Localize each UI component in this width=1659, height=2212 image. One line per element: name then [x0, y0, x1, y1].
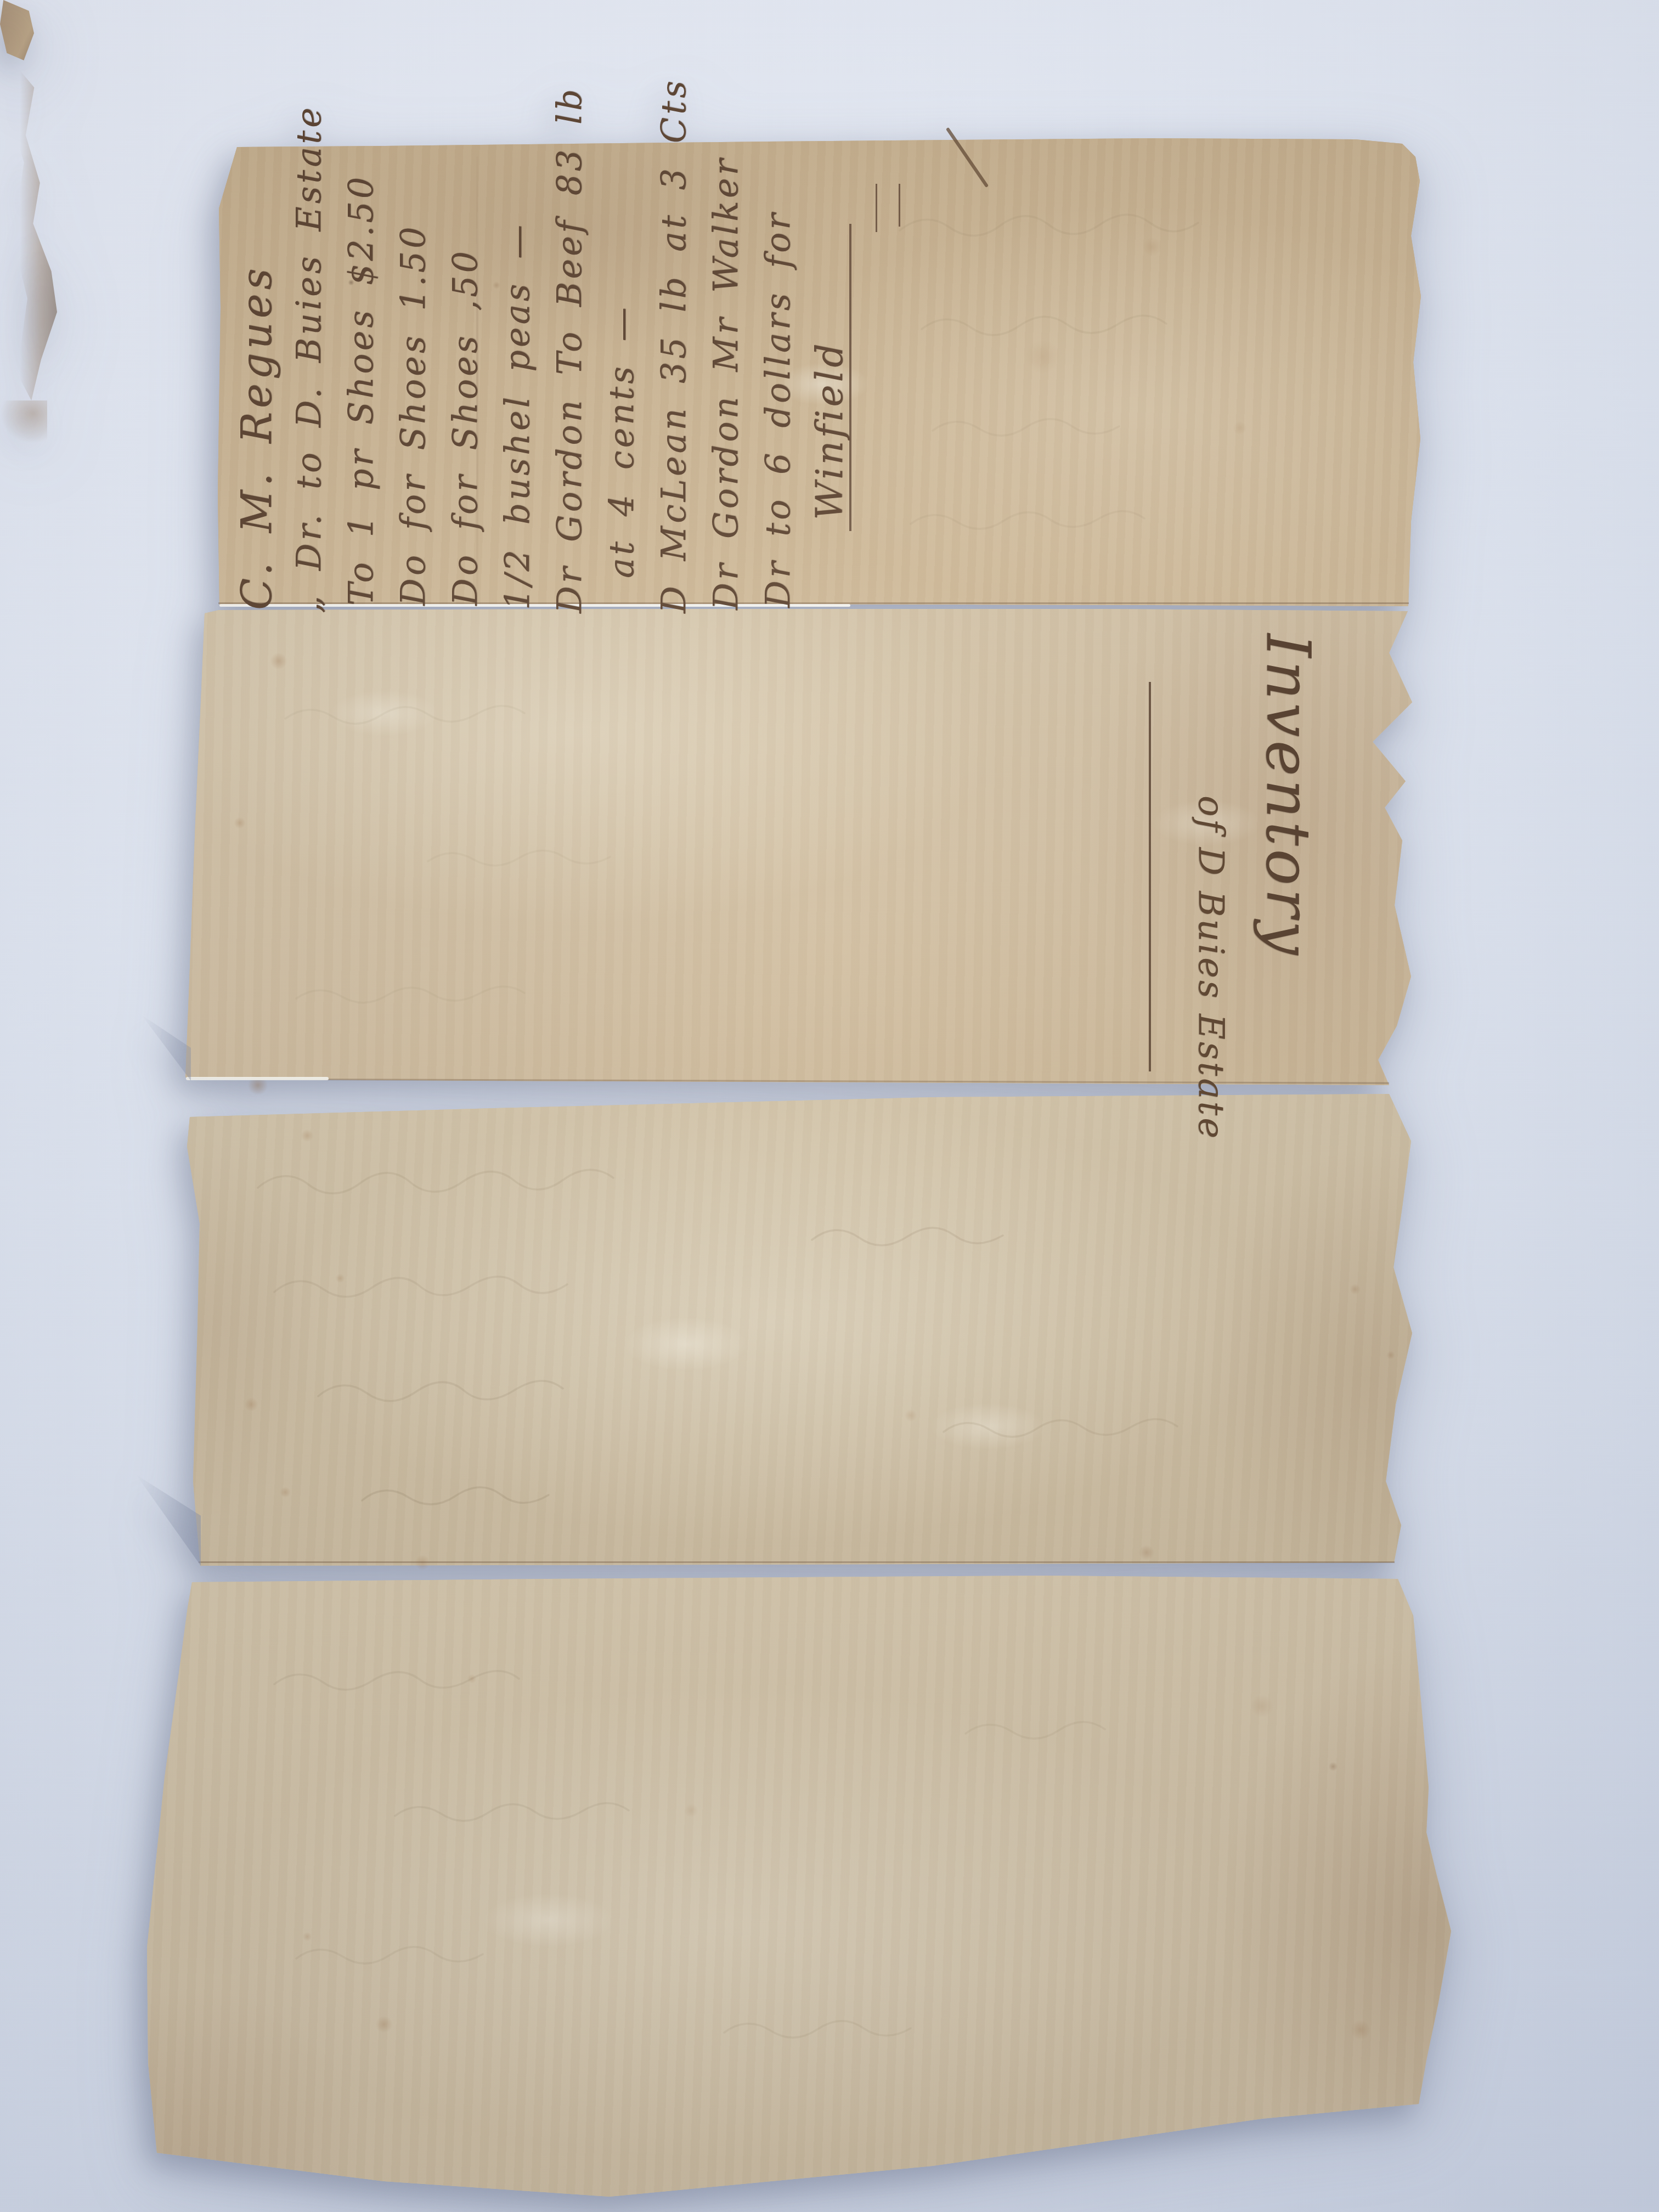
flourish-dash [876, 184, 877, 232]
torn-edge-shading [0, 60, 57, 400]
ledger-line: Do for Shoes 1.50 [387, 165, 439, 613]
ledger-line: „ Dr. to D. Buies Estate [283, 165, 335, 613]
ledger-line: Winfield [804, 165, 856, 613]
paper-panel-4 [140, 1572, 1457, 2211]
torn-corner-shading [0, 400, 47, 443]
docket-text: Inventory of D Buies Estate [1147, 634, 1317, 1127]
ledger-line: at 4 cents — [595, 165, 647, 613]
ledger-line: Dr Gordon To Beef 83 lb [543, 165, 595, 613]
ledger-text: C. M. Regues „ Dr. to D. Buies Estate To… [230, 165, 856, 613]
ledger-line: Dr to 6 dollars for [752, 165, 804, 613]
docket-underline [1149, 682, 1151, 1071]
ledger-line: 1/2 bushel peas — [491, 165, 543, 613]
ledger-line: To 1 pr Shoes $2.50 [335, 165, 387, 613]
flourish-underline [849, 224, 851, 531]
docket-title: Inventory [1253, 634, 1323, 958]
folded-document: C. M. Regues „ Dr. to D. Buies Estate To… [0, 0, 1659, 2212]
ledger-line: Do for Shoes ,50 [439, 165, 491, 613]
ledger-line: C. M. Regues [230, 165, 283, 613]
fold-shadow-wedge-3 [136, 1475, 201, 1566]
paper-panel-3 [181, 1089, 1415, 1569]
fold-shadow-wedge-2 [142, 1015, 191, 1081]
docket-subtitle: of D Buies Estate [1190, 795, 1231, 1141]
torn-flap [0, 0, 34, 60]
ledger-line: D McLean 35 lb at 3 Cts [647, 165, 699, 613]
flourish-dash [899, 184, 900, 227]
ledger-line: Dr Gordon Mr Walker [699, 165, 752, 613]
